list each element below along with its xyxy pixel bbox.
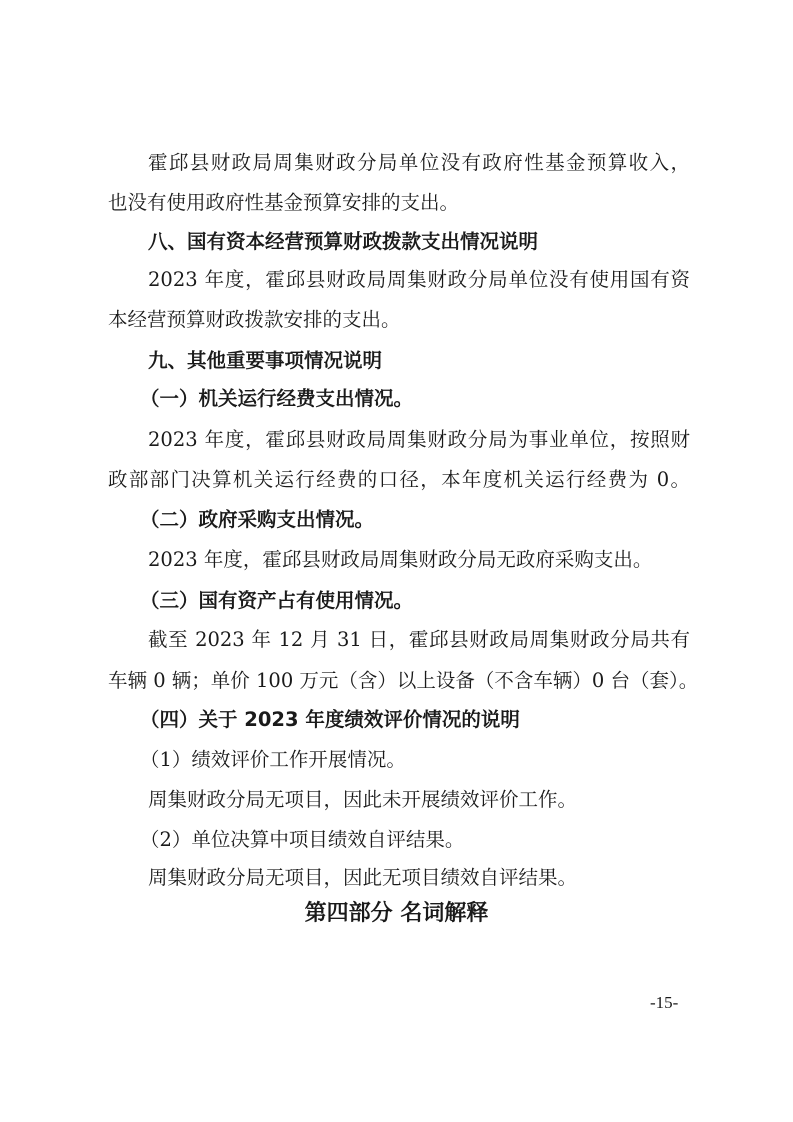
- paragraph-line: 2023 年度，霍邱县财政局周集财政分局单位没有使用国有资: [148, 268, 690, 292]
- subheading-1: （一）机关运行经费支出情况。: [140, 387, 413, 411]
- page-number: -15-: [650, 993, 678, 1013]
- subheading-3: （三）国有资产占有使用情况。: [140, 589, 413, 613]
- sub-item-1: （1）绩效评价工作开展情况。: [140, 748, 406, 772]
- paragraph-line: 本经营预算财政拨款安排的支出。: [108, 308, 401, 332]
- section-title: 第四部分 名词解释: [0, 900, 793, 928]
- paragraph-line: 周集财政分局无项目，因此无项目绩效自评结果。: [148, 866, 577, 890]
- sub-item-2: （2）单位决算中项目绩效自评结果。: [140, 828, 464, 852]
- section-heading-8: 八、国有资本经营预算财政拨款支出情况说明: [148, 230, 538, 254]
- paragraph-line: 政部部门决算机关运行经费的口径，本年度机关运行经费为 0。: [108, 468, 690, 492]
- subheading-2: （二）政府采购支出情况。: [140, 508, 374, 532]
- paragraph-line: 车辆 0 辆；单价 100 万元（含）以上设备（不含车辆）0 台（套）。: [108, 669, 690, 693]
- subheading-4: （四）关于 2023 年度绩效评价情况的说明: [140, 708, 520, 732]
- paragraph-line: 周集财政分局无项目，因此未开展绩效评价工作。: [148, 788, 577, 812]
- paragraph-line: 2023 年度，霍邱县财政局周集财政分局为事业单位，按照财: [148, 428, 690, 452]
- section-heading-9: 九、其他重要事项情况说明: [148, 349, 382, 373]
- paragraph-line: 2023 年度，霍邱县财政局周集财政分局无政府采购支出。: [148, 548, 652, 572]
- paragraph-line: 也没有使用政府性基金预算安排的支出。: [108, 191, 459, 215]
- paragraph-line: 截至 2023 年 12 月 31 日，霍邱县财政局周集财政分局共有: [148, 628, 690, 652]
- paragraph-line: 霍邱县财政局周集财政分局单位没有政府性基金预算收入，: [148, 151, 690, 175]
